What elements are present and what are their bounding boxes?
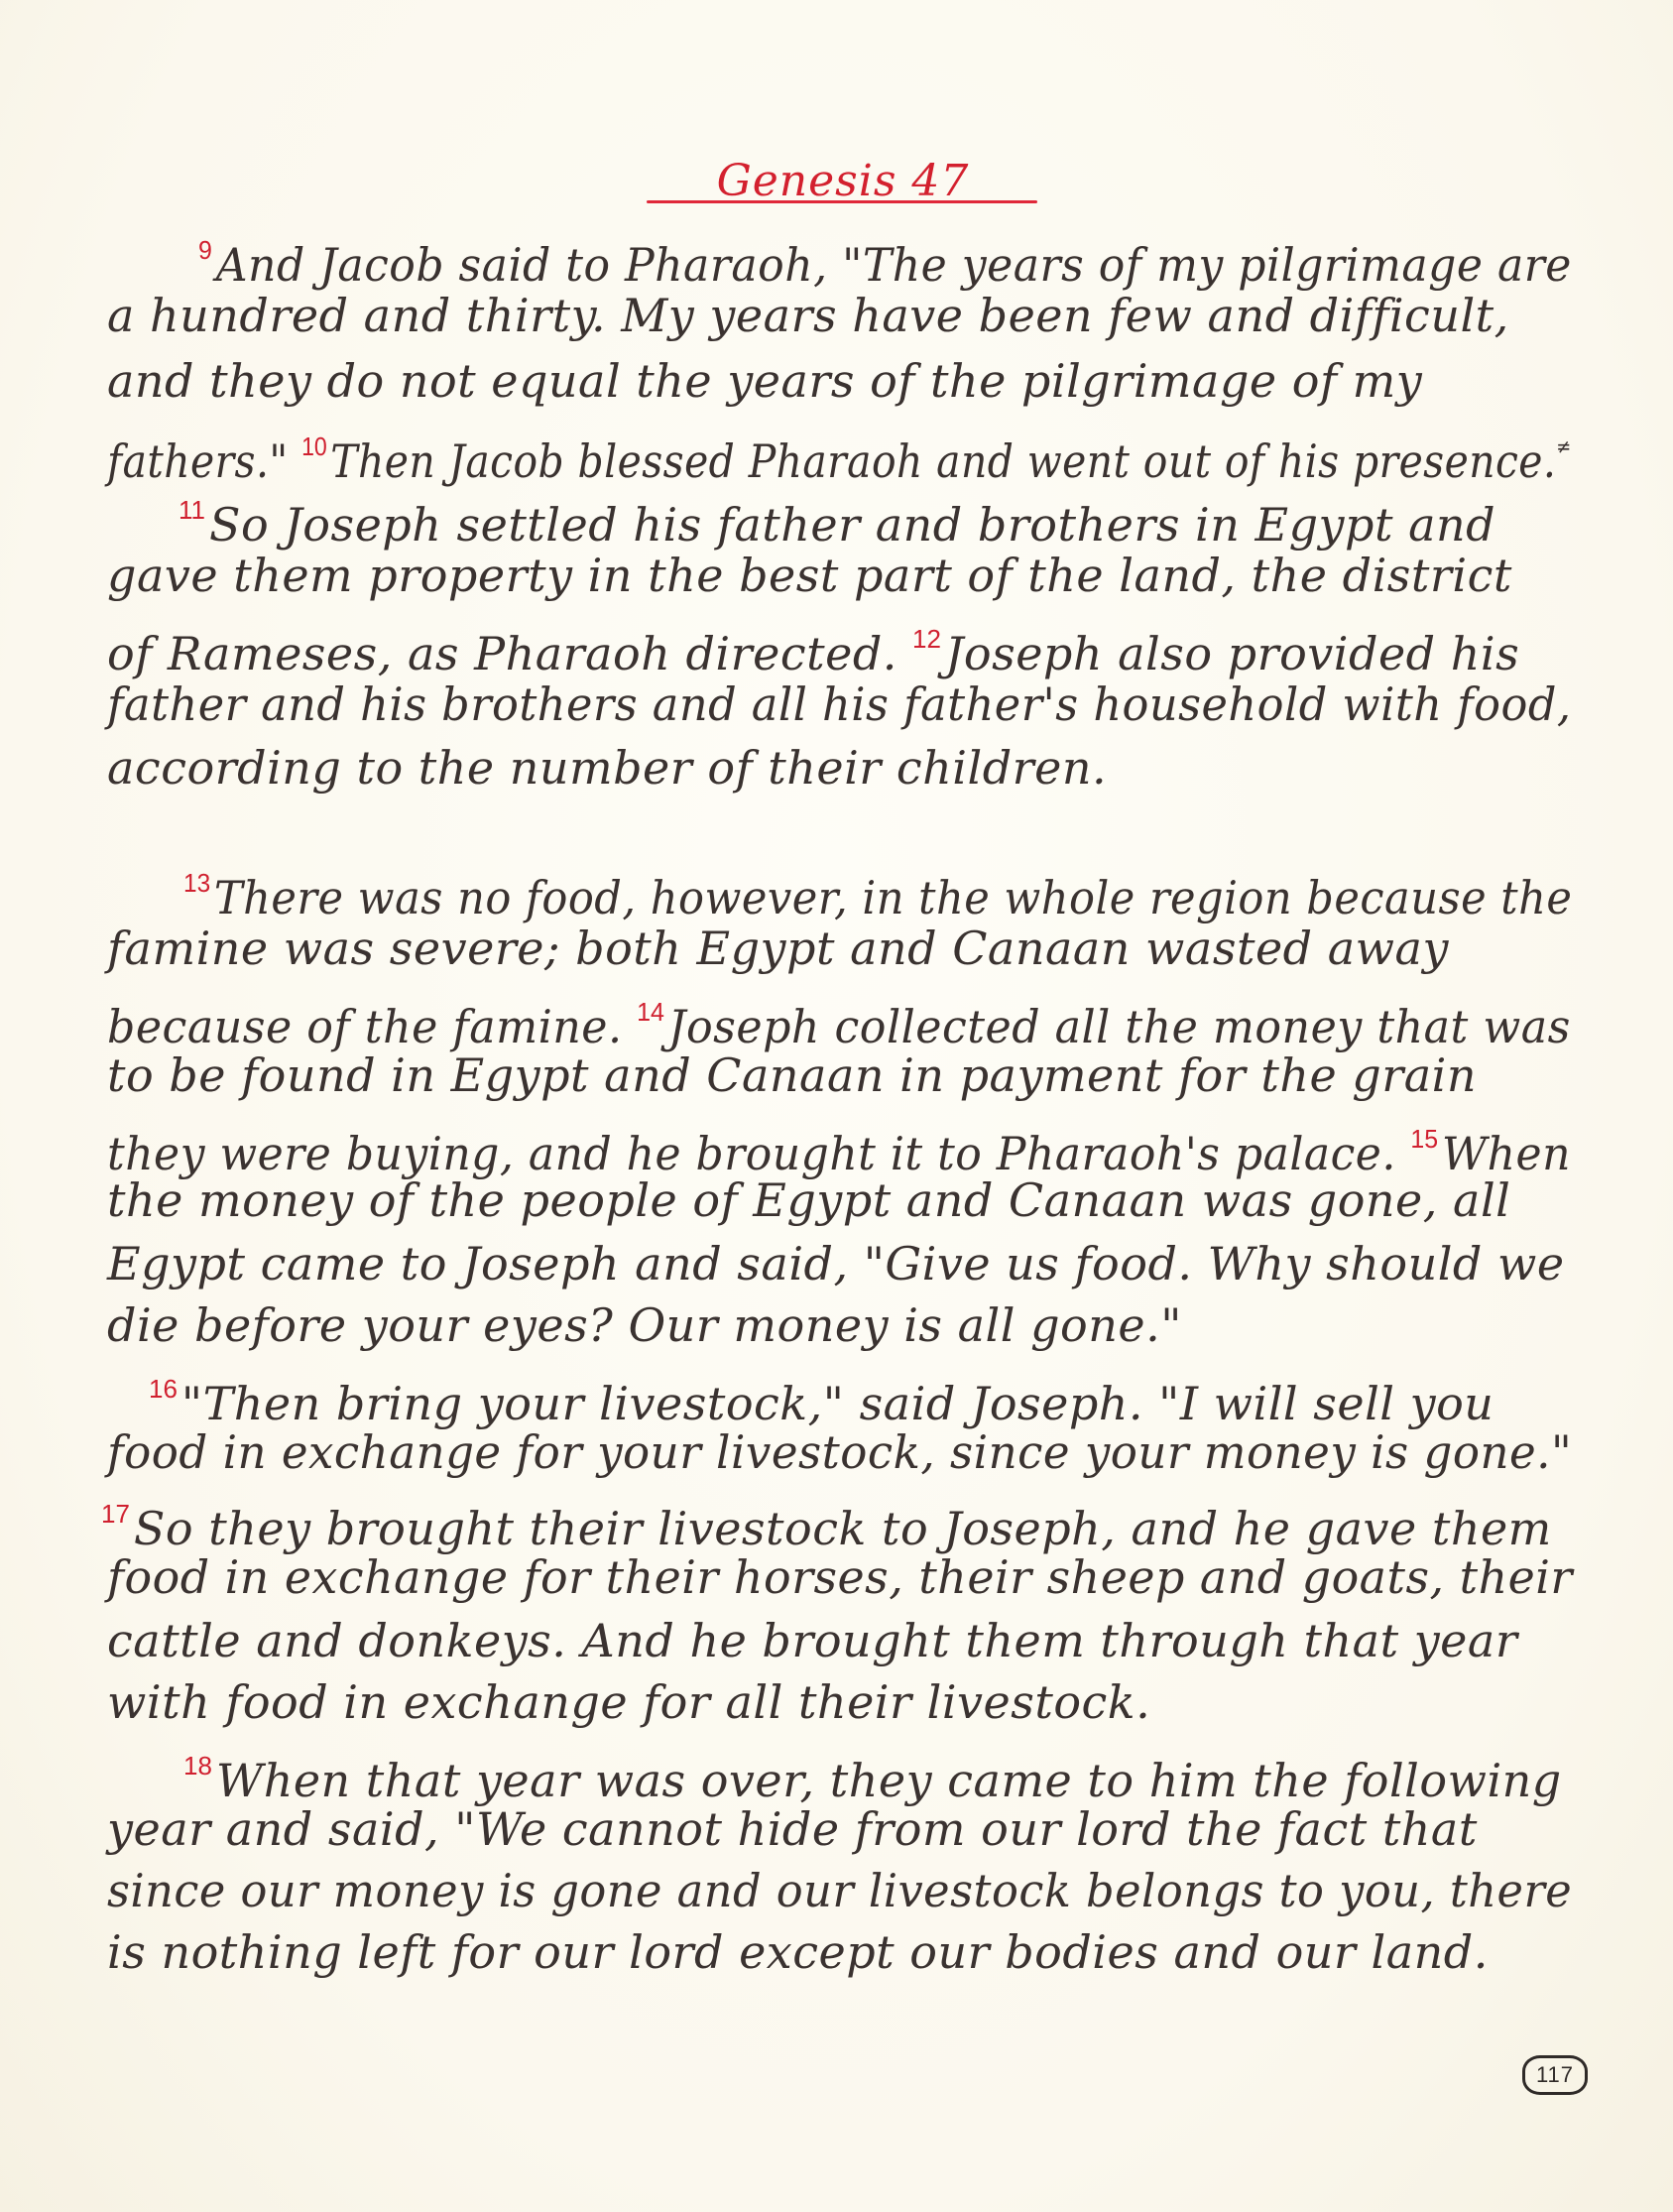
line-text: is nothing left for our lord except our … [107,1925,1489,1979]
line-text: of Rameses, as Pharaoh directed. [107,627,897,680]
text-line: the money of the people of Egypt and Can… [107,1170,1510,1230]
line-text: father and his brothers and all his fath… [107,677,1572,731]
text-line: is nothing left for our lord except our … [107,1922,1489,1982]
line-text: Joseph also provided his [945,627,1519,680]
verse-number: 15 [1410,1124,1438,1154]
line-text: to be found in Egypt and Canaan in payme… [107,1048,1477,1102]
verse-number: 18 [183,1751,212,1781]
heading-underline [647,200,1037,203]
line-text: year and said, "We cannot hide from our … [107,1802,1478,1856]
text-line: since our money is gone and our livestoc… [107,1861,1572,1920]
text-line: with food in exchange for all their live… [107,1672,1150,1732]
line-text: cattle and donkeys. And he brought them … [107,1614,1517,1667]
text-line: year and said, "We cannot hide from our … [107,1799,1478,1859]
text-line: of Rameses, as Pharaoh directed. 12Josep… [107,609,1519,683]
verse-number: 13 [183,868,210,898]
line-text: according to the number of their childre… [107,741,1107,795]
line-text: gave them property in the best part of t… [107,549,1512,602]
verse-number: 12 [912,624,941,654]
verse-number: 9 [198,235,212,265]
page-heading: Genesis 47 [648,157,1038,206]
handwritten-page: Genesis 47 9And Jacob said to Pharaoh, "… [0,0,1673,2212]
text-line: father and his brothers and all his fath… [107,675,1572,734]
page-number: 117 [1522,2055,1588,2095]
text-line: Egypt came to Joseph and said, "Give us … [107,1234,1565,1293]
line-text: Egypt came to Joseph and said, "Give us … [107,1237,1565,1290]
line-text: since our money is gone and our livestoc… [107,1864,1572,1917]
line-text: famine was severe; both Egypt and Canaan… [107,922,1449,975]
text-line: food in exchange for your livestock, sin… [107,1422,1572,1482]
line-text: a hundred and thirty. My years have been… [107,289,1509,342]
verse-number: 10 [301,431,327,461]
text-line: 11So Joseph settled his father and broth… [179,480,1495,554]
line-text: And Jacob said to Pharaoh, "The years of… [216,238,1572,292]
line-text: So Joseph settled his father and brother… [209,498,1495,552]
verse-number: 16 [149,1374,178,1404]
text-line: gave them property in the best part of t… [107,546,1512,605]
line-text: food in exchange for their horses, their… [107,1550,1573,1604]
text-line: famine was severe; both Egypt and Canaan… [107,919,1449,978]
text-line: 9And Jacob said to Pharaoh, "The years o… [198,220,1501,295]
text-line: 13There was no food, however, in the who… [183,853,1572,927]
text-line: die before your eyes? Our money is all g… [107,1295,1182,1355]
line-text: with food in exchange for all their live… [107,1675,1150,1729]
text-line: and they do not equal the years of the p… [107,351,1422,411]
line-text: the money of the people of Egypt and Can… [107,1173,1510,1227]
text-line: food in exchange for their horses, their… [107,1547,1573,1607]
line-text: die before your eyes? Our money is all g… [107,1298,1182,1352]
text-line: a hundred and thirty. My years have been… [107,286,1509,345]
line-text: and they do not equal the years of the p… [107,354,1422,408]
text-line: to be found in Egypt and Canaan in payme… [107,1045,1477,1105]
line-text: There was no food, however, in the whole… [214,871,1572,924]
correction-mark: ≠ [1556,434,1571,458]
text-line: according to the number of their childre… [107,738,1107,798]
verse-number: 11 [179,495,205,525]
verse-number: 14 [637,997,664,1027]
verse-number: 17 [101,1499,130,1529]
text-line: cattle and donkeys. And he brought them … [107,1611,1517,1670]
line-text: food in exchange for your livestock, sin… [107,1425,1572,1479]
